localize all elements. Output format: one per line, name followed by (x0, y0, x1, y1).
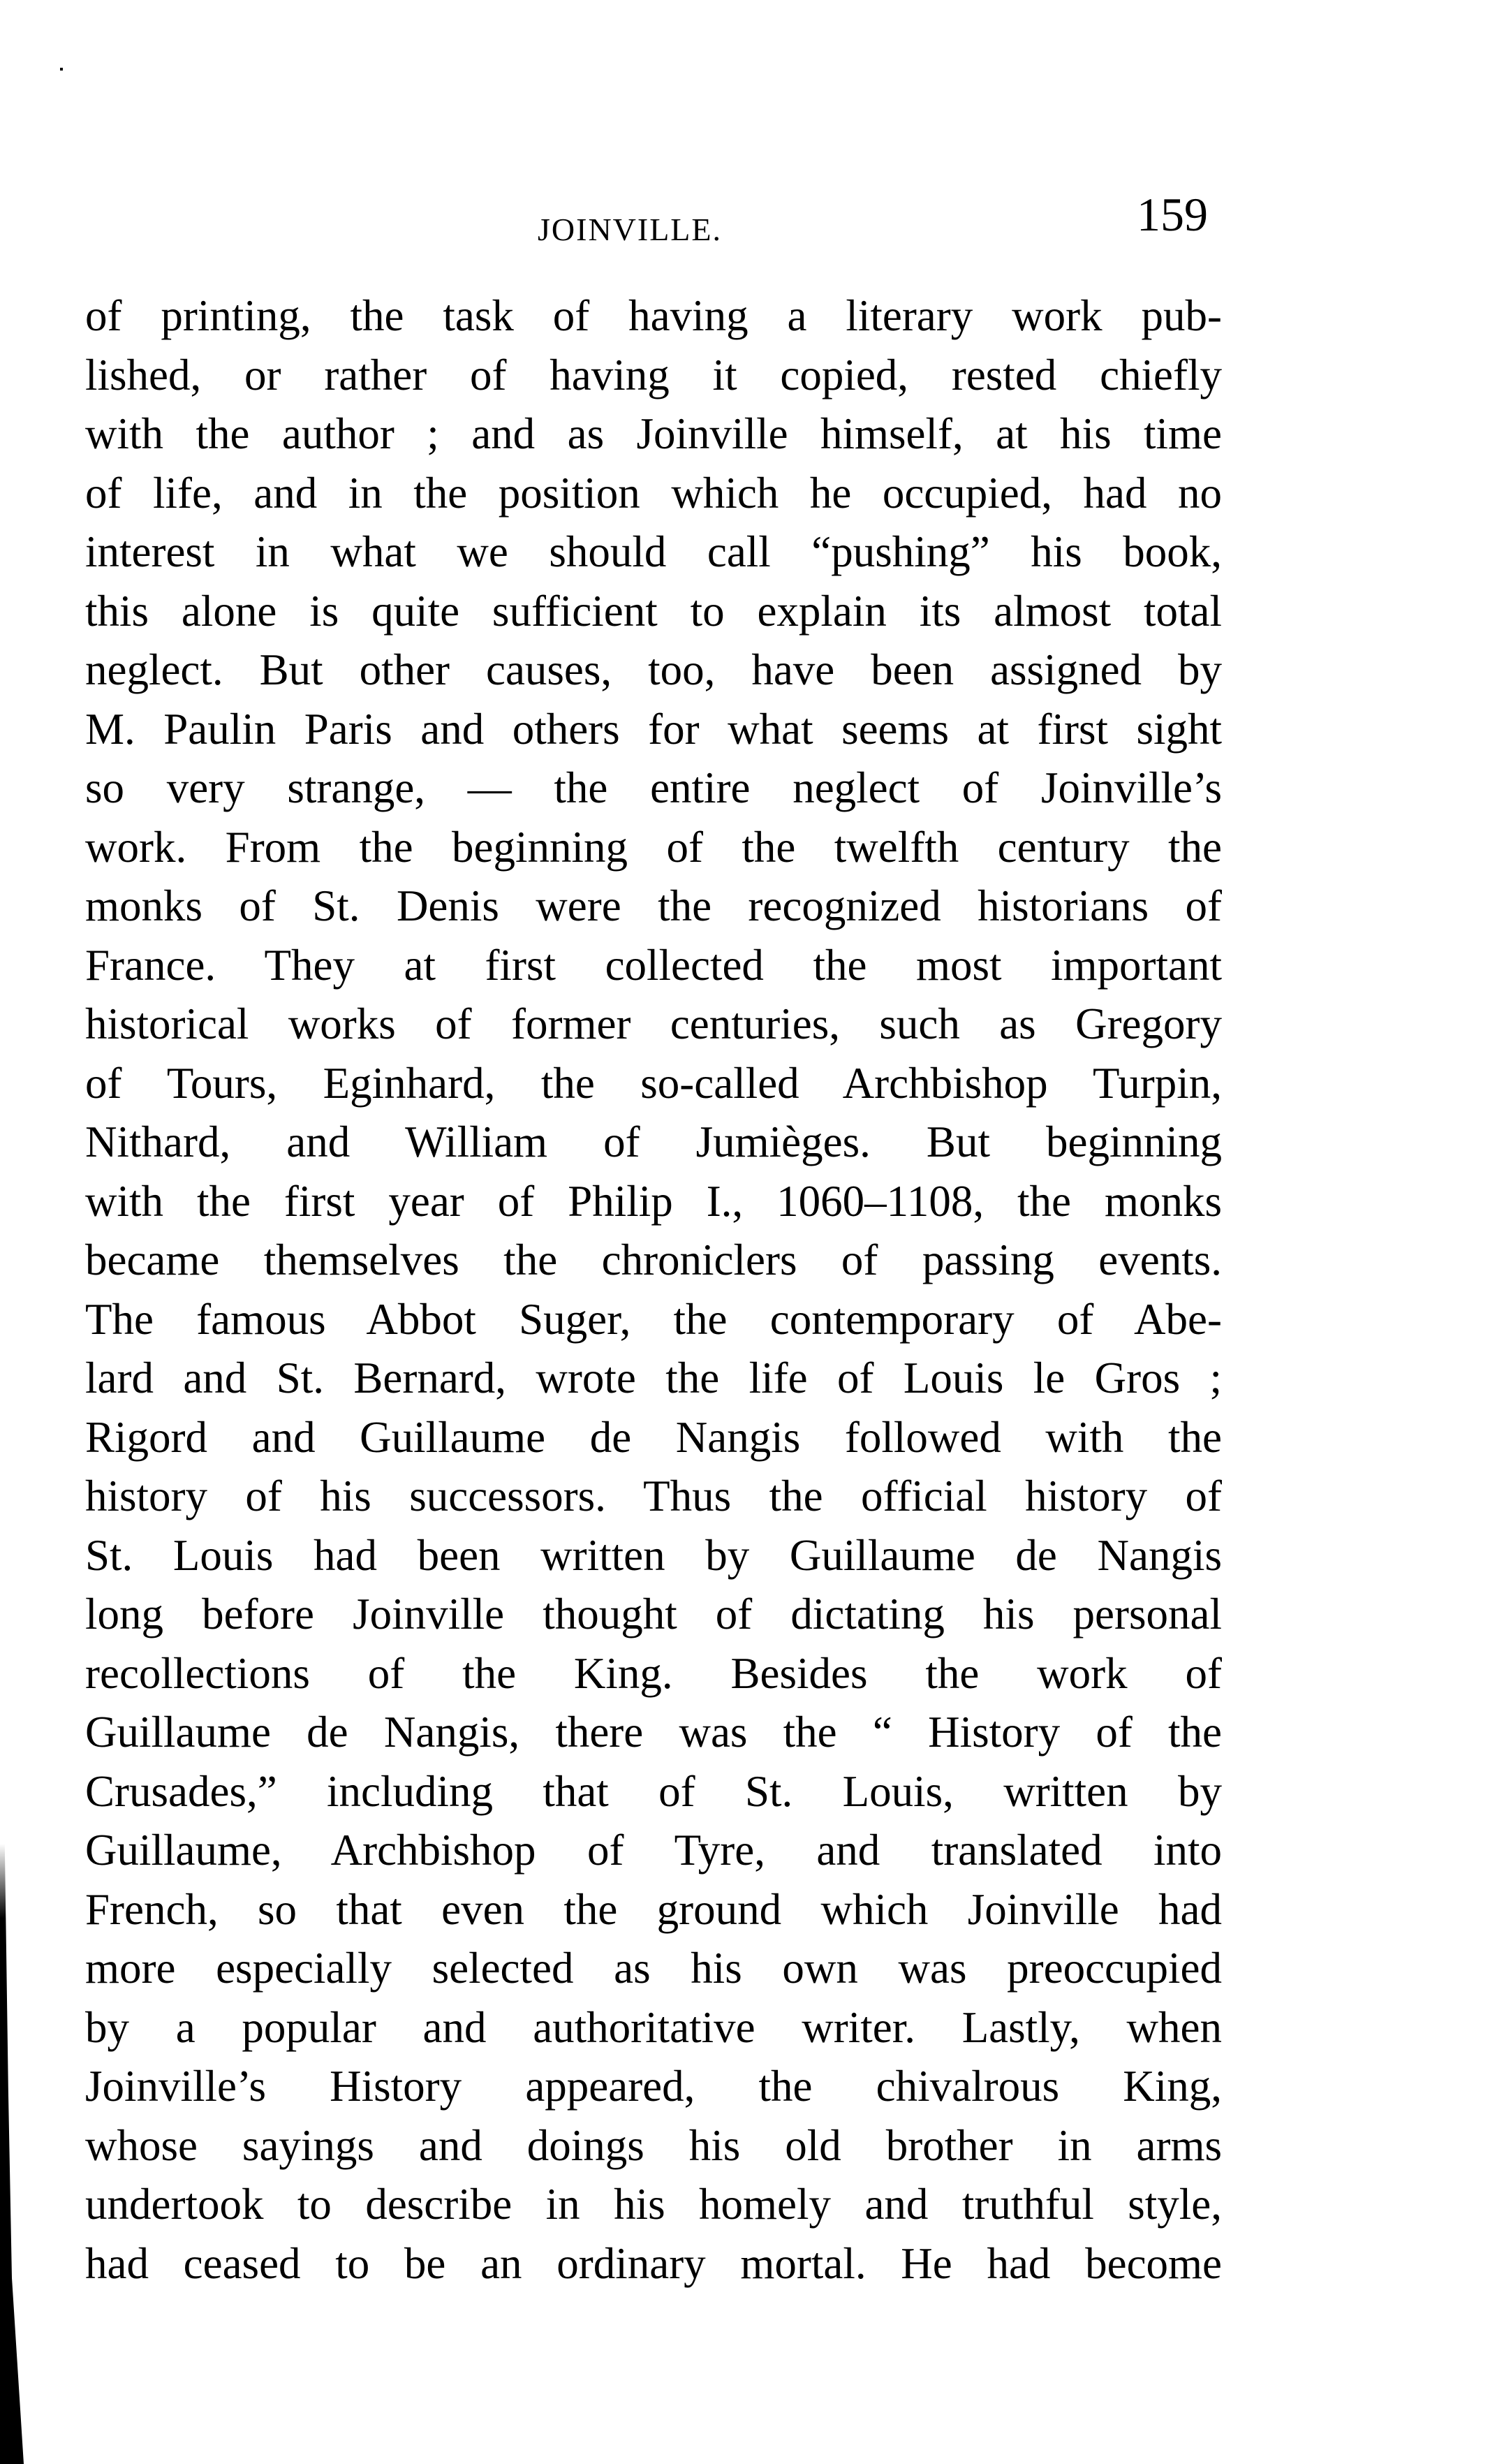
text-line: Crusades,” including that of St. Louis, … (85, 1762, 1222, 1821)
body-text: of printing, the task of having a litera… (85, 286, 1222, 2293)
text-line: of printing, the task of having a litera… (85, 286, 1222, 346)
text-line: France. They at first collected the most… (85, 936, 1222, 995)
text-line: St. Louis had been written by Guillaume … (85, 1526, 1222, 1585)
text-line: Nithard, and William of Jumièges. But be… (85, 1113, 1222, 1172)
text-line: neglect. But other causes, too, have bee… (85, 640, 1222, 700)
running-title: JOINVILLE. (538, 209, 722, 251)
text-line: M. Paulin Paris and others for what seem… (85, 700, 1222, 759)
text-line: had ceased to be an ordinary mortal. He … (85, 2234, 1222, 2294)
text-line: lard and St. Bernard, wrote the life of … (85, 1349, 1222, 1408)
text-line: whose sayings and doings his old brother… (85, 2116, 1222, 2176)
text-line: work. From the beginning of the twelfth … (85, 818, 1222, 877)
text-line: with the first year of Philip I., 1060–1… (85, 1172, 1222, 1231)
scan-speck (60, 68, 63, 71)
text-line: long before Joinville thought of dictati… (85, 1585, 1222, 1644)
text-line: with the author ; and as Joinville himse… (85, 404, 1222, 464)
text-line: recollections of the King. Besides the w… (85, 1644, 1222, 1703)
text-line: by a popular and authoritative writer. L… (85, 1998, 1222, 2058)
text-line: Guillaume de Nangis, there was the “ His… (85, 1703, 1222, 1762)
text-line: monks of St. Denis were the recognized h… (85, 877, 1222, 936)
text-line: this alone is quite sufficient to explai… (85, 582, 1222, 641)
text-line: The famous Abbot Suger, the contemporary… (85, 1290, 1222, 1349)
text-line: French, so that even the ground which Jo… (85, 1880, 1222, 1939)
text-line: became themselves the chroniclers of pas… (85, 1231, 1222, 1290)
text-line: undertook to describe in his homely and … (85, 2175, 1222, 2234)
binding-shadow (0, 1844, 24, 2464)
page-number: 159 (1137, 186, 1208, 242)
running-head: JOINVILLE. 159 (0, 199, 1497, 255)
text-line: of Tours, Eginhard, the so-called Archbi… (85, 1054, 1222, 1113)
text-line: history of his successors. Thus the offi… (85, 1467, 1222, 1526)
text-line: Guillaume, Archbishop of Tyre, and trans… (85, 1821, 1222, 1880)
text-line: of life, and in the position which he oc… (85, 464, 1222, 523)
text-line: historical works of former centuries, su… (85, 995, 1222, 1054)
text-line: lished, or rather of having it copied, r… (85, 346, 1222, 405)
book-page: JOINVILLE. 159 of printing, the task of … (0, 0, 1497, 2464)
text-line: Joinville’s History appeared, the chival… (85, 2057, 1222, 2116)
text-line: so very strange, — the entire neglect of… (85, 758, 1222, 818)
text-line: interest in what we should call “pushing… (85, 522, 1222, 582)
text-line: more especially selected as his own was … (85, 1939, 1222, 1998)
text-line: Rigord and Guillaume de Nangis followed … (85, 1408, 1222, 1467)
